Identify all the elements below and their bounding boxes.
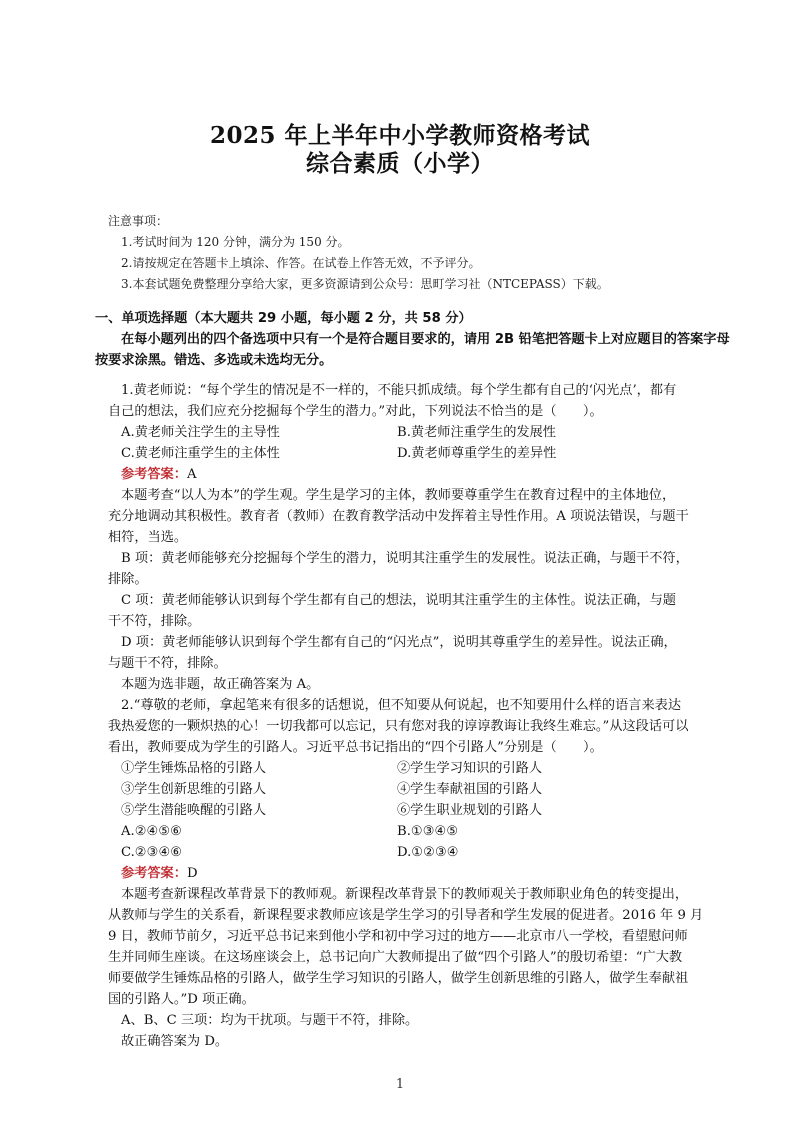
analysis-line: 国的引路人。”D 项正确。 — [108, 989, 702, 1010]
option-row: A.黄老师关注学生的主导性 B.黄老师注重学生的发展性 — [108, 422, 702, 443]
analysis-line: 从教师与学生的关系看，新课程要求教师应该是学生学习的引导者和学生发展的促进者。2… — [108, 905, 702, 926]
analysis-line: 9 日，教师节前夕，习近平总书记来到他小学和初中学习过的地方——北京市八一学校，… — [108, 926, 702, 947]
analysis-line: C 项：黄老师能够认识到每个学生都有自己的想法，说明其注重学生的主体性。说法正确… — [108, 590, 702, 611]
statement-row: ③学生创新思维的引路人 ④学生奉献祖国的引路人 — [108, 779, 702, 800]
analysis-line: B 项：黄老师能够充分挖掘每个学生的潜力，说明其注重学生的发展性。说法正确，与题… — [108, 548, 702, 569]
option-a: A.②④⑤⑥ — [121, 821, 397, 842]
statement-item: ⑤学生潜能唤醒的引路人 — [121, 800, 397, 821]
option-d: D.①②③④ — [397, 842, 697, 863]
notes-heading: 注意事项： — [108, 211, 698, 232]
statement-row: ⑤学生潜能唤醒的引路人 ⑥学生职业规划的引路人 — [108, 800, 702, 821]
statement-item: ④学生奉献祖国的引路人 — [397, 779, 697, 800]
option-b: B.黄老师注重学生的发展性 — [397, 422, 697, 443]
option-c: C.②③④⑥ — [121, 842, 397, 863]
question-2: 2.“尊敬的老师，拿起笔来有很多的话想说，但不知要从何说起，也不知要用什么样的语… — [108, 695, 702, 1052]
section-heading: 一、单项选择题（本大题共 29 小题，每小题 2 分，共 58 分） — [95, 308, 702, 329]
option-row: A.②④⑤⑥ B.①③④⑤ — [108, 821, 702, 842]
note-item: 1.考试时间为 120 分钟，满分为 150 分。 — [108, 232, 698, 253]
option-row: C.黄老师注重学生的主体性 D.黄老师尊重学生的差异性 — [108, 443, 702, 464]
answer-value: D — [187, 866, 198, 881]
question-stem: 1.黄老师说：“每个学生的情况是不一样的，不能只抓成绩。每个学生都有自己的‘闪光… — [108, 380, 702, 401]
exam-subtitle: 综合素质（小学） — [0, 145, 800, 178]
question-stem: 自己的想法，我们应充分挖掘每个学生的潜力。”对此，下列说法不恰当的是（ ）。 — [108, 401, 702, 422]
analysis-conclusion: 故正确答案为 D。 — [108, 1031, 702, 1052]
answer-label: 参考答案： — [121, 467, 187, 482]
option-row: C.②③④⑥ D.①②③④ — [108, 842, 702, 863]
reference-answer: 参考答案：A — [108, 464, 702, 485]
option-c: C.黄老师注重学生的主体性 — [121, 443, 397, 464]
option-d: D.黄老师尊重学生的差异性 — [397, 443, 697, 464]
analysis-line: 生并同师生座谈。在这场座谈会上，总书记向广大教师提出了做“四个引路人”的殷切希望… — [108, 947, 702, 968]
analysis-conclusion: 本题为选非题，故正确答案为 A。 — [108, 674, 702, 695]
statement-row: ①学生锤炼品格的引路人 ②学生学习知识的引路人 — [108, 758, 702, 779]
page-number: 1 — [0, 1077, 800, 1092]
statement-item: ②学生学习知识的引路人 — [397, 758, 697, 779]
statement-item: ③学生创新思维的引路人 — [121, 779, 397, 800]
section-header: 一、单项选择题（本大题共 29 小题，每小题 2 分，共 58 分） 在每小题列… — [108, 308, 702, 371]
analysis-line: 师要做学生锤炼品格的引路人，做学生学习知识的引路人，做学生创新思维的引路人，做学… — [108, 968, 702, 989]
analysis-line: 充分地调动其积极性。教育者（教师）在教育教学活动中发挥着主导性作用。A 项说法错… — [108, 506, 702, 527]
question-stem: 看出，教师要成为学生的引路人。习近平总书记指出的“四个引路人”分别是（ ）。 — [108, 737, 702, 758]
analysis-line: 相符，当选。 — [108, 527, 702, 548]
section-instruction: 在每小题列出的四个备选项中只有一个是符合题目要求的，请用 2B 铅笔把答题卡上对… — [108, 329, 702, 350]
analysis-line: 本题考查“以人为本”的学生观。学生是学习的主体，教师要尊重学生在教育过程中的主体… — [108, 485, 702, 506]
analysis-line: 排除。 — [108, 569, 702, 590]
note-item: 2.请按规定在答题卡上填涂、作答。在试卷上作答无效，不予评分。 — [108, 253, 698, 274]
question-stem: 我热爱您的一颗炽热的心！一切我都可以忘记，只有您对我的谆谆教诲让我终生难忘。”从… — [108, 716, 702, 737]
question-list: 1.黄老师说：“每个学生的情况是不一样的，不能只抓成绩。每个学生都有自己的‘闪光… — [108, 380, 702, 1052]
analysis-line: 与题干不符，排除。 — [108, 653, 702, 674]
statement-item: ⑥学生职业规划的引路人 — [397, 800, 697, 821]
analysis-line: A、B、C 三项：均为干扰项。与题干不符，排除。 — [108, 1010, 702, 1031]
analysis-line: D 项：黄老师能够认识到每个学生都有自己的“闪光点”，说明其尊重学生的差异性。说… — [108, 632, 702, 653]
document-page: 2025 年上半年中小学教师资格考试 综合素质（小学） 注意事项： 1.考试时间… — [0, 0, 800, 1131]
note-item: 3.本套试题免费整理分享给大家，更多资源请到公众号：思町学习社（NTCEPASS… — [108, 274, 698, 295]
exam-notes: 注意事项： 1.考试时间为 120 分钟，满分为 150 分。 2.请按规定在答… — [108, 211, 698, 295]
question-1: 1.黄老师说：“每个学生的情况是不一样的，不能只抓成绩。每个学生都有自己的‘闪光… — [108, 380, 702, 695]
question-stem: 2.“尊敬的老师，拿起笔来有很多的话想说，但不知要从何说起，也不知要用什么样的语… — [108, 695, 702, 716]
analysis-line: 本题考查新课程改革背景下的教师观。新课程改革背景下的教师观关于教师职业角色的转变… — [108, 884, 702, 905]
option-b: B.①③④⑤ — [397, 821, 697, 842]
answer-label: 参考答案： — [121, 866, 187, 881]
answer-value: A — [187, 467, 197, 482]
analysis-line: 干不符，排除。 — [108, 611, 702, 632]
section-instruction: 按要求涂黑。错选、多选或未选均无分。 — [95, 350, 702, 371]
option-a: A.黄老师关注学生的主导性 — [121, 422, 397, 443]
reference-answer: 参考答案：D — [108, 863, 702, 884]
statement-item: ①学生锤炼品格的引路人 — [121, 758, 397, 779]
